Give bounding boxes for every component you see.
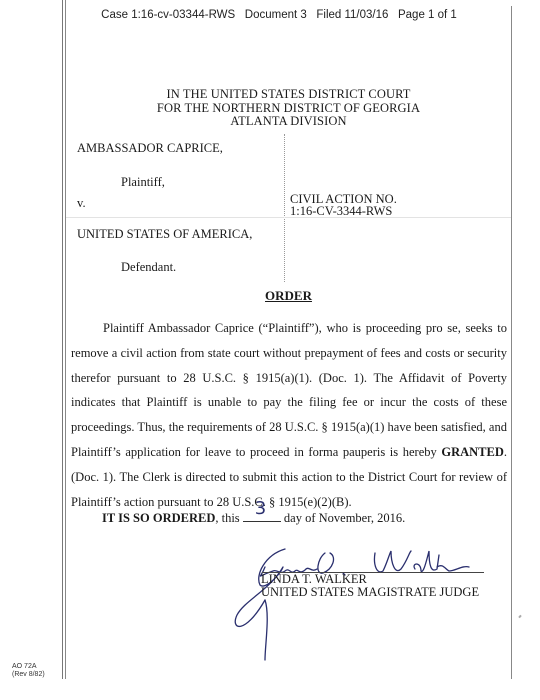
day-blank: 3 — [243, 508, 281, 522]
court-line-2: FOR THE NORTHERN DISTRICT OF GEORGIA — [66, 102, 511, 116]
so-ordered-rest: day of November, 2016. — [281, 511, 405, 525]
versus: v. — [77, 196, 86, 211]
signature-icon — [225, 545, 495, 665]
case-header: Case 1:16-cv-03344-RWS Document 3 Filed … — [0, 9, 540, 21]
so-ordered-this: , this — [215, 511, 242, 525]
judge-title: UNITED STATES MAGISTRATE JUDGE — [261, 586, 479, 599]
form-code-line-1: AO 72A — [12, 663, 45, 671]
plaintiff-label: Plaintiff, — [121, 175, 165, 190]
order-paragraph: Plaintiff Ambassador Caprice (“Plaintiff… — [71, 316, 507, 514]
defendant-label: Defendant. — [121, 260, 176, 275]
day-handwritten: 3 — [255, 498, 266, 519]
civil-action-number: 1:16-CV-3344-RWS — [290, 205, 397, 217]
order-body: Plaintiff Ambassador Caprice (“Plaintiff… — [71, 316, 507, 514]
left-margin-rule — [62, 0, 63, 679]
form-code-line-2: (Rev 8/82) — [12, 671, 45, 679]
civil-action: CIVIL ACTION NO. 1:16-CV-3344-RWS — [290, 193, 397, 217]
form-code: AO 72A (Rev 8/82) — [12, 663, 45, 679]
granted-text: GRANTED — [441, 445, 504, 459]
order-text-start: Plaintiff Ambassador Caprice (“Plaintiff… — [71, 321, 507, 459]
scan-speck — [518, 615, 521, 619]
court-heading: IN THE UNITED STATES DISTRICT COURT FOR … — [66, 88, 511, 129]
defendant-name: UNITED STATES OF AMERICA, — [77, 227, 252, 242]
so-ordered-line: IT IS SO ORDERED, this 3 day of November… — [102, 508, 405, 526]
plaintiff-name: AMBASSADOR CAPRICE, — [77, 141, 223, 156]
right-margin-rule — [511, 6, 512, 679]
court-line-1: IN THE UNITED STATES DISTRICT COURT — [66, 88, 511, 102]
caption-divider-vertical — [284, 134, 285, 282]
order-title: ORDER — [66, 288, 511, 304]
caption-divider-horizontal — [66, 217, 511, 218]
so-ordered-bold: IT IS SO ORDERED — [102, 511, 215, 525]
court-line-3: ATLANTA DIVISION — [66, 115, 511, 129]
